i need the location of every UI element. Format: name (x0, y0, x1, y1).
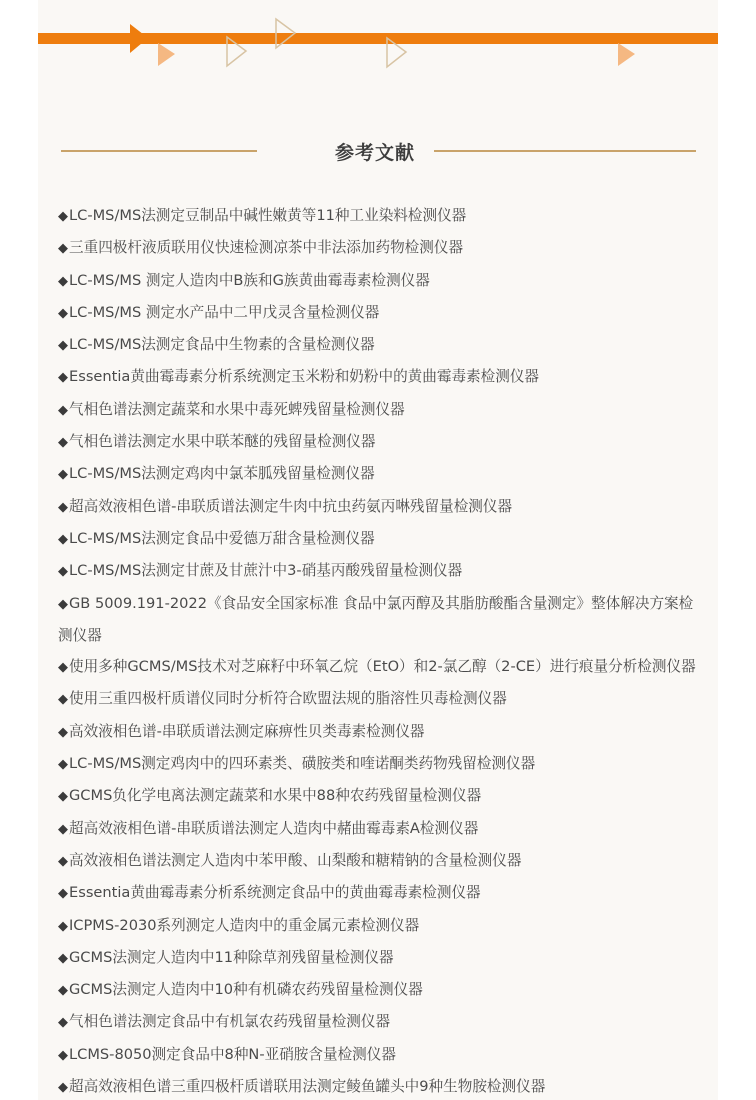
diamond-bullet-icon: ◆ (58, 692, 68, 707)
diamond-bullet-icon: ◆ (58, 370, 68, 385)
reference-item[interactable]: ◆超高效液相色谱-串联质谱法测定人造肉中赭曲霉毒素A检测仪器 (58, 813, 698, 845)
reference-item[interactable]: ◆使用三重四极杆质谱仪同时分析符合欧盟法规的脂溶性贝毒检测仪器 (58, 683, 698, 715)
reference-item[interactable]: ◆ICPMS-2030系列测定人造肉中的重金属元素检测仪器 (58, 910, 698, 942)
diamond-bullet-icon: ◆ (58, 500, 68, 515)
reference-text: 三重四极杆液质联用仪快速检测凉茶中非法添加药物检测仪器 (69, 239, 463, 256)
reference-item[interactable]: ◆气相色谱法测定食品中有机氯农药残留量检测仪器 (58, 1006, 698, 1038)
reference-text: LCMS-8050测定食品中8种N-亚硝胺含量检测仪器 (69, 1046, 396, 1063)
reference-text: 气相色谱法测定食品中有机氯农药残留量检测仪器 (69, 1013, 390, 1030)
reference-item[interactable]: ◆LC-MS/MS法测定鸡肉中氯苯胍残留量检测仪器 (58, 458, 698, 490)
reference-item[interactable]: ◆超高效液相色谱三重四极杆质谱联用法测定鲮鱼罐头中9种生物胺检测仪器 (58, 1071, 698, 1100)
reference-text: LC-MS/MS法测定鸡肉中氯苯胍残留量检测仪器 (69, 465, 375, 482)
diamond-bullet-icon: ◆ (58, 241, 68, 256)
reference-text: LC-MS/MS 测定人造肉中B族和G族黄曲霉毒素检测仪器 (69, 272, 430, 289)
reference-text: 气相色谱法测定水果中联苯醚的残留量检测仪器 (69, 433, 375, 450)
arrow-right-solid-icon (130, 24, 148, 53)
reference-item[interactable]: ◆LCMS-8050测定食品中8种N-亚硝胺含量检测仪器 (58, 1039, 698, 1071)
triangle-light-fill-icon (158, 43, 175, 66)
reference-text: 超高效液相色谱-串联质谱法测定牛肉中抗虫药氨丙啉残留量检测仪器 (69, 498, 512, 515)
diamond-bullet-icon: ◆ (58, 660, 68, 675)
reference-text: 超高效液相色谱-串联质谱法测定人造肉中赭曲霉毒素A检测仪器 (69, 820, 478, 837)
reference-text: Essentia黄曲霉毒素分析系统测定玉米粉和奶粉中的黄曲霉毒素检测仪器 (69, 368, 539, 385)
reference-item[interactable]: ◆气相色谱法测定蔬菜和水果中毒死蜱残留量检测仪器 (58, 394, 698, 426)
reference-item[interactable]: ◆气相色谱法测定水果中联苯醚的残留量检测仪器 (58, 426, 698, 458)
reference-text: GCMS法测定人造肉中11种除草剂残留量检测仪器 (69, 949, 394, 966)
diamond-bullet-icon: ◆ (58, 274, 68, 289)
reference-text: 气相色谱法测定蔬菜和水果中毒死蜱残留量检测仪器 (69, 401, 405, 418)
diamond-bullet-icon: ◆ (58, 403, 68, 418)
reference-item[interactable]: ◆GCMS负化学电离法测定蔬菜和水果中88种农药残留量检测仪器 (58, 780, 698, 812)
reference-text: 高效液相色谱法测定人造肉中苯甲酸、山梨酸和糖精钠的含量检测仪器 (69, 852, 521, 869)
diamond-bullet-icon: ◆ (58, 597, 68, 612)
reference-item[interactable]: ◆超高效液相色谱-串联质谱法测定牛肉中抗虫药氨丙啉残留量检测仪器 (58, 491, 698, 523)
reference-item[interactable]: ◆Essentia黄曲霉毒素分析系统测定食品中的黄曲霉毒素检测仪器 (58, 877, 698, 909)
diamond-bullet-icon: ◆ (58, 338, 68, 353)
reference-text: LC-MS/MS法测定甘蔗及甘蔗汁中3-硝基丙酸残留量检测仪器 (69, 562, 462, 579)
section-header: 参考文献 (38, 134, 718, 168)
diamond-bullet-icon: ◆ (58, 757, 68, 772)
diamond-bullet-icon: ◆ (58, 886, 68, 901)
diamond-bullet-icon: ◆ (58, 822, 68, 837)
reference-item[interactable]: ◆高效液相色谱法测定人造肉中苯甲酸、山梨酸和糖精钠的含量检测仪器 (58, 845, 698, 877)
reference-text: Essentia黄曲霉毒素分析系统测定食品中的黄曲霉毒素检测仪器 (69, 884, 481, 901)
diamond-bullet-icon: ◆ (58, 532, 68, 547)
reference-item[interactable]: ◆GCMS法测定人造肉中11种除草剂残留量检测仪器 (58, 942, 698, 974)
reference-item[interactable]: ◆LC-MS/MS法测定豆制品中碱性嫩黄等11种工业染料检测仪器 (58, 200, 698, 232)
diamond-bullet-icon: ◆ (58, 983, 68, 998)
diamond-bullet-icon: ◆ (58, 1048, 68, 1063)
reference-item[interactable]: ◆GCMS法测定人造肉中10种有机磷农药残留量检测仪器 (58, 974, 698, 1006)
diamond-bullet-icon: ◆ (58, 1015, 68, 1030)
triangle-light-fill-icon (618, 43, 635, 66)
reference-item[interactable]: ◆LC-MS/MS 测定人造肉中B族和G族黄曲霉毒素检测仪器 (58, 265, 698, 297)
reference-item[interactable]: ◆三重四极杆液质联用仪快速检测凉茶中非法添加药物检测仪器 (58, 232, 698, 264)
diamond-bullet-icon: ◆ (58, 467, 68, 482)
reference-text: GCMS法测定人造肉中10种有机磷农药残留量检测仪器 (69, 981, 423, 998)
diamond-bullet-icon: ◆ (58, 209, 68, 224)
reference-item[interactable]: ◆LC-MS/MS 测定水产品中二甲戊灵含量检测仪器 (58, 297, 698, 329)
reference-text: 使用多种GCMS/MS技术对芝麻籽中环氧乙烷（EtO）和2-氯乙醇（2-CE）进… (69, 658, 696, 675)
reference-item[interactable]: ◆LC-MS/MS法测定食品中生物素的含量检测仪器 (58, 329, 698, 361)
reference-text: ICPMS-2030系列测定人造肉中的重金属元素检测仪器 (69, 917, 419, 934)
reference-item[interactable]: ◆使用多种GCMS/MS技术对芝麻籽中环氧乙烷（EtO）和2-氯乙醇（2-CE）… (58, 651, 698, 683)
reference-item[interactable]: ◆LC-MS/MS测定鸡肉中的四环素类、磺胺类和喹诺酮类药物残留检测仪器 (58, 748, 698, 780)
reference-item[interactable]: ◆高效液相色谱-串联质谱法测定麻痹性贝类毒素检测仪器 (58, 716, 698, 748)
reference-text: LC-MS/MS测定鸡肉中的四环素类、磺胺类和喹诺酮类药物残留检测仪器 (69, 755, 535, 772)
diamond-bullet-icon: ◆ (58, 306, 68, 321)
reference-item[interactable]: ◆LC-MS/MS法测定甘蔗及甘蔗汁中3-硝基丙酸残留量检测仪器 (58, 555, 698, 587)
reference-text: 使用三重四极杆质谱仪同时分析符合欧盟法规的脂溶性贝毒检测仪器 (69, 690, 507, 707)
reference-text: GCMS负化学电离法测定蔬菜和水果中88种农药残留量检测仪器 (69, 787, 481, 804)
content-card: 参考文献 ◆LC-MS/MS法测定豆制品中碱性嫩黄等11种工业染料检测仪器◆三重… (38, 0, 718, 1100)
diamond-bullet-icon: ◆ (58, 1080, 68, 1095)
diamond-bullet-icon: ◆ (58, 789, 68, 804)
reference-list: ◆LC-MS/MS法测定豆制品中碱性嫩黄等11种工业染料检测仪器◆三重四极杆液质… (58, 200, 698, 1100)
diamond-bullet-icon: ◆ (58, 854, 68, 869)
reference-text: LC-MS/MS法测定食品中爱德万甜含量检测仪器 (69, 530, 375, 547)
reference-text: LC-MS/MS法测定食品中生物素的含量检测仪器 (69, 336, 375, 353)
reference-item[interactable]: ◆GB 5009.191-2022《食品安全国家标准 食品中氯丙醇及其脂肪酸酯含… (58, 588, 698, 652)
divider-right (434, 150, 696, 152)
decorative-arrow-banner (38, 0, 718, 80)
reference-text: 超高效液相色谱三重四极杆质谱联用法测定鲮鱼罐头中9种生物胺检测仪器 (69, 1078, 545, 1095)
reference-text: 高效液相色谱-串联质谱法测定麻痹性贝类毒素检测仪器 (69, 723, 425, 740)
reference-item[interactable]: ◆Essentia黄曲霉毒素分析系统测定玉米粉和奶粉中的黄曲霉毒素检测仪器 (58, 361, 698, 393)
diamond-bullet-icon: ◆ (58, 435, 68, 450)
diamond-bullet-icon: ◆ (58, 951, 68, 966)
diamond-bullet-icon: ◆ (58, 564, 68, 579)
reference-text: LC-MS/MS法测定豆制品中碱性嫩黄等11种工业染料检测仪器 (69, 207, 466, 224)
reference-item[interactable]: ◆LC-MS/MS法测定食品中爱德万甜含量检测仪器 (58, 523, 698, 555)
diamond-bullet-icon: ◆ (58, 919, 68, 934)
reference-text: LC-MS/MS 测定水产品中二甲戊灵含量检测仪器 (69, 304, 379, 321)
diamond-bullet-icon: ◆ (58, 725, 68, 740)
reference-text: GB 5009.191-2022《食品安全国家标准 食品中氯丙醇及其脂肪酸酯含量… (58, 595, 693, 644)
